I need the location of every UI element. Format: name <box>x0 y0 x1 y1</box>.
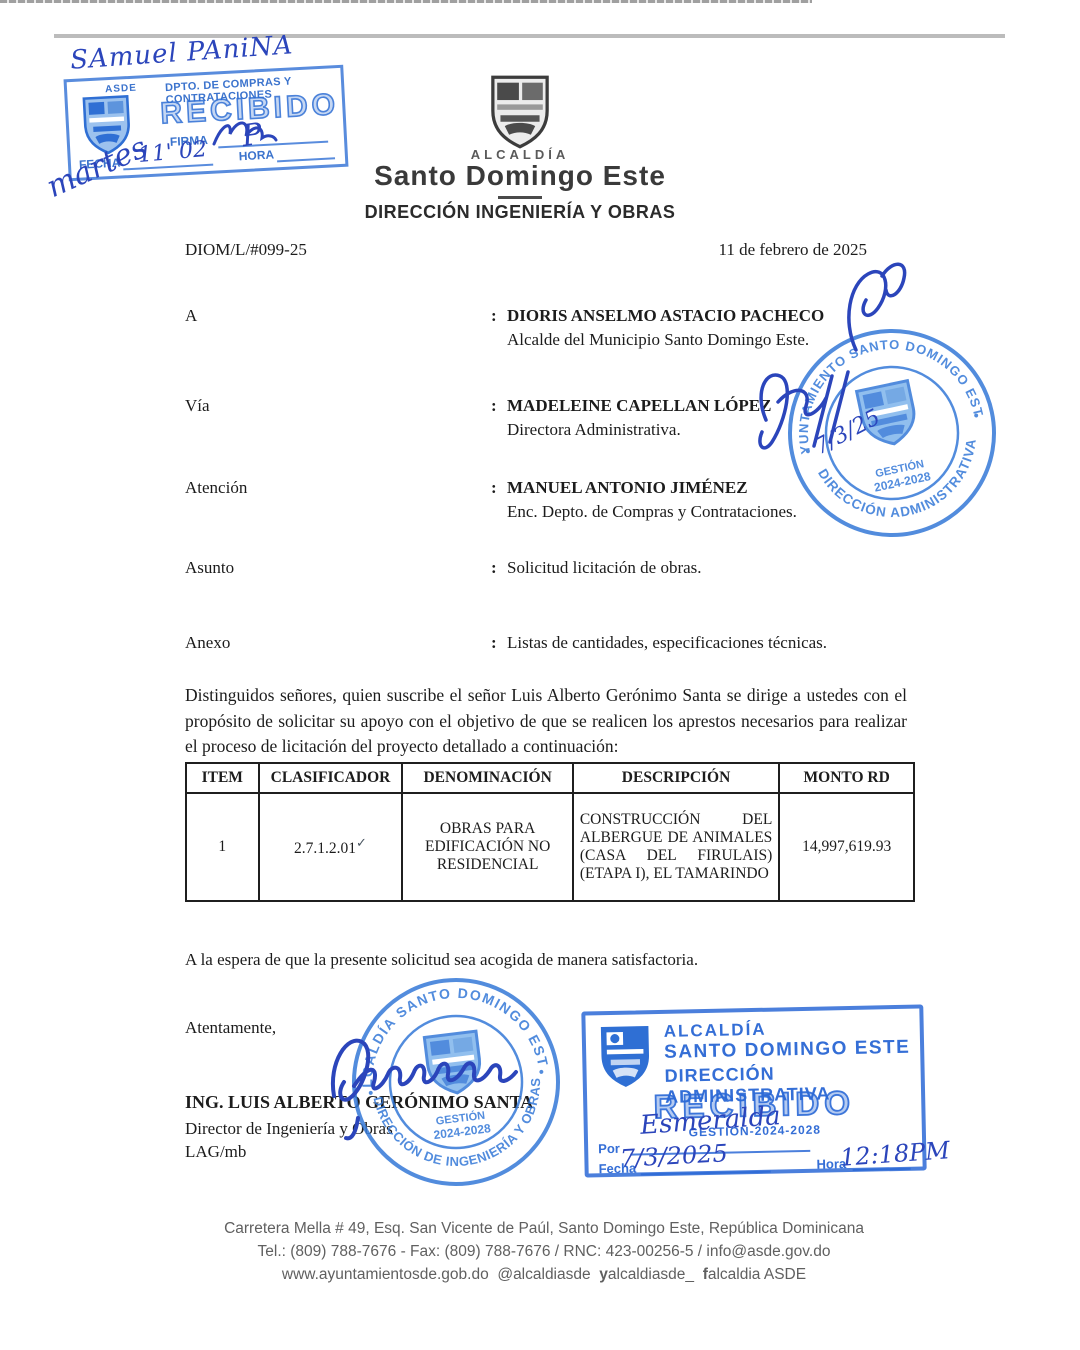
fecha-line <box>641 1171 771 1176</box>
project-table: ITEM CLASIFICADOR DENOMINACIÓN DESCRIPCI… <box>185 762 915 902</box>
table-header-row: ITEM CLASIFICADOR DENOMINACIÓN DESCRIPCI… <box>186 763 914 793</box>
footer-contacts: Tel.: (809) 788-7676 - Fax: (809) 788-76… <box>138 1243 950 1261</box>
header-department: DIRECCIÓN INGENIERÍA Y OBRAS <box>290 202 750 223</box>
footer-website: www.ayuntamientosde.gob.do <box>282 1266 489 1283</box>
handwritten-signature-main <box>318 1022 568 1142</box>
annex-text: Listas de cantidades, especificaciones t… <box>507 633 827 653</box>
table-row: 1 2.7.1.2.01✓ OBRAS PARA EDIFICACIÓN NO … <box>186 793 914 901</box>
header-city-name: Santo Domingo Este <box>290 160 750 192</box>
hora-line <box>277 157 335 162</box>
cell-denominacion: OBRAS PARA EDIFICACIÓN NO RESIDENCIAL <box>402 793 572 901</box>
footer-social: www.ayuntamientosde.gob.do @alcaldiasde … <box>138 1266 950 1284</box>
col-clasificador: CLASIFICADOR <box>259 763 403 793</box>
pen-checkmark-icon: ✓ <box>356 835 367 850</box>
closing-sentence: A la espera de que la presente solicitud… <box>185 950 698 970</box>
stamp-line-city: SANTO DOMINGO ESTE <box>664 1037 911 1064</box>
reference-number: DIOM/L/#099-25 <box>185 240 307 260</box>
cell-monto: 14,997,619.93 <box>779 793 914 901</box>
salutation: Atentamente, <box>185 1018 276 1038</box>
recipient-subtitle-atencion: Enc. Depto. de Compras y Contrataciones. <box>507 502 797 522</box>
cell-item: 1 <box>186 793 259 901</box>
recipient-name-via: MADELEINE CAPELLAN LÓPEZ <box>507 396 771 416</box>
cell-descripcion: CONSTRUCCIÓN DEL ALBERGUE DE ANIMALES (C… <box>573 793 780 901</box>
colon: : <box>491 558 497 578</box>
recipient-name-a: DIORIS ANSELMO ASTACIO PACHECO <box>507 306 824 326</box>
colon: : <box>491 478 497 498</box>
col-item: ITEM <box>186 763 259 793</box>
handwritten-firma-squiggle <box>210 110 280 156</box>
stamp-line-alcaldia: ALCALDÍA <box>664 1020 767 1042</box>
footer-instagram-handle: @alcaldiasde <box>497 1266 590 1283</box>
scanned-letter: ALCALDÍA Santo Domingo Este DIRECCIÓN IN… <box>0 0 1080 1350</box>
cell-clasificador: 2.7.1.2.01✓ <box>259 793 403 901</box>
footer-facebook-handle: alcaldia ASDE <box>708 1266 806 1283</box>
recipient-label-anexo: Anexo <box>185 633 230 653</box>
footer-twitter-handle: alcaldiasde_ <box>608 1266 694 1283</box>
col-denominacion: DENOMINACIÓN <box>402 763 572 793</box>
col-descripcion: DESCRIPCIÓN <box>573 763 780 793</box>
footer-divider <box>0 0 812 3</box>
twitter-icon: y <box>599 1266 608 1283</box>
city-hall-logo-shield-icon <box>485 74 555 150</box>
recipient-label-via: Vía <box>185 396 210 416</box>
subject-text: Solicitud licitación de obras. <box>507 558 702 578</box>
stamp-por-label: Por <box>598 1141 620 1156</box>
colon: : <box>491 633 497 653</box>
recipient-label-atencion: Atención <box>185 478 247 498</box>
clasificador-code: 2.7.1.2.01 <box>294 841 356 858</box>
signer-initials: LAG/mb <box>185 1142 246 1162</box>
stamp-shield-icon <box>596 1024 655 1089</box>
recipient-label-a: A <box>185 306 197 326</box>
letter-date: 11 de febrero de 2025 <box>718 240 867 260</box>
recipient-name-atencion: MANUEL ANTONIO JIMÉNEZ <box>507 478 748 498</box>
recipient-subtitle-via: Directora Administrativa. <box>507 420 681 440</box>
pen-flourish <box>838 258 918 358</box>
header-divider <box>498 196 542 199</box>
colon: : <box>491 306 497 326</box>
recipient-label-asunto: Asunto <box>185 558 234 578</box>
col-monto: MONTO RD <box>779 763 914 793</box>
footer-address: Carretera Mella # 49, Esq. San Vicente d… <box>138 1220 950 1238</box>
body-paragraph: Distinguidos señores, quien suscribe el … <box>185 683 907 760</box>
colon: : <box>491 396 497 416</box>
handwritten-received-date: 7/3/2025 <box>619 1139 728 1173</box>
